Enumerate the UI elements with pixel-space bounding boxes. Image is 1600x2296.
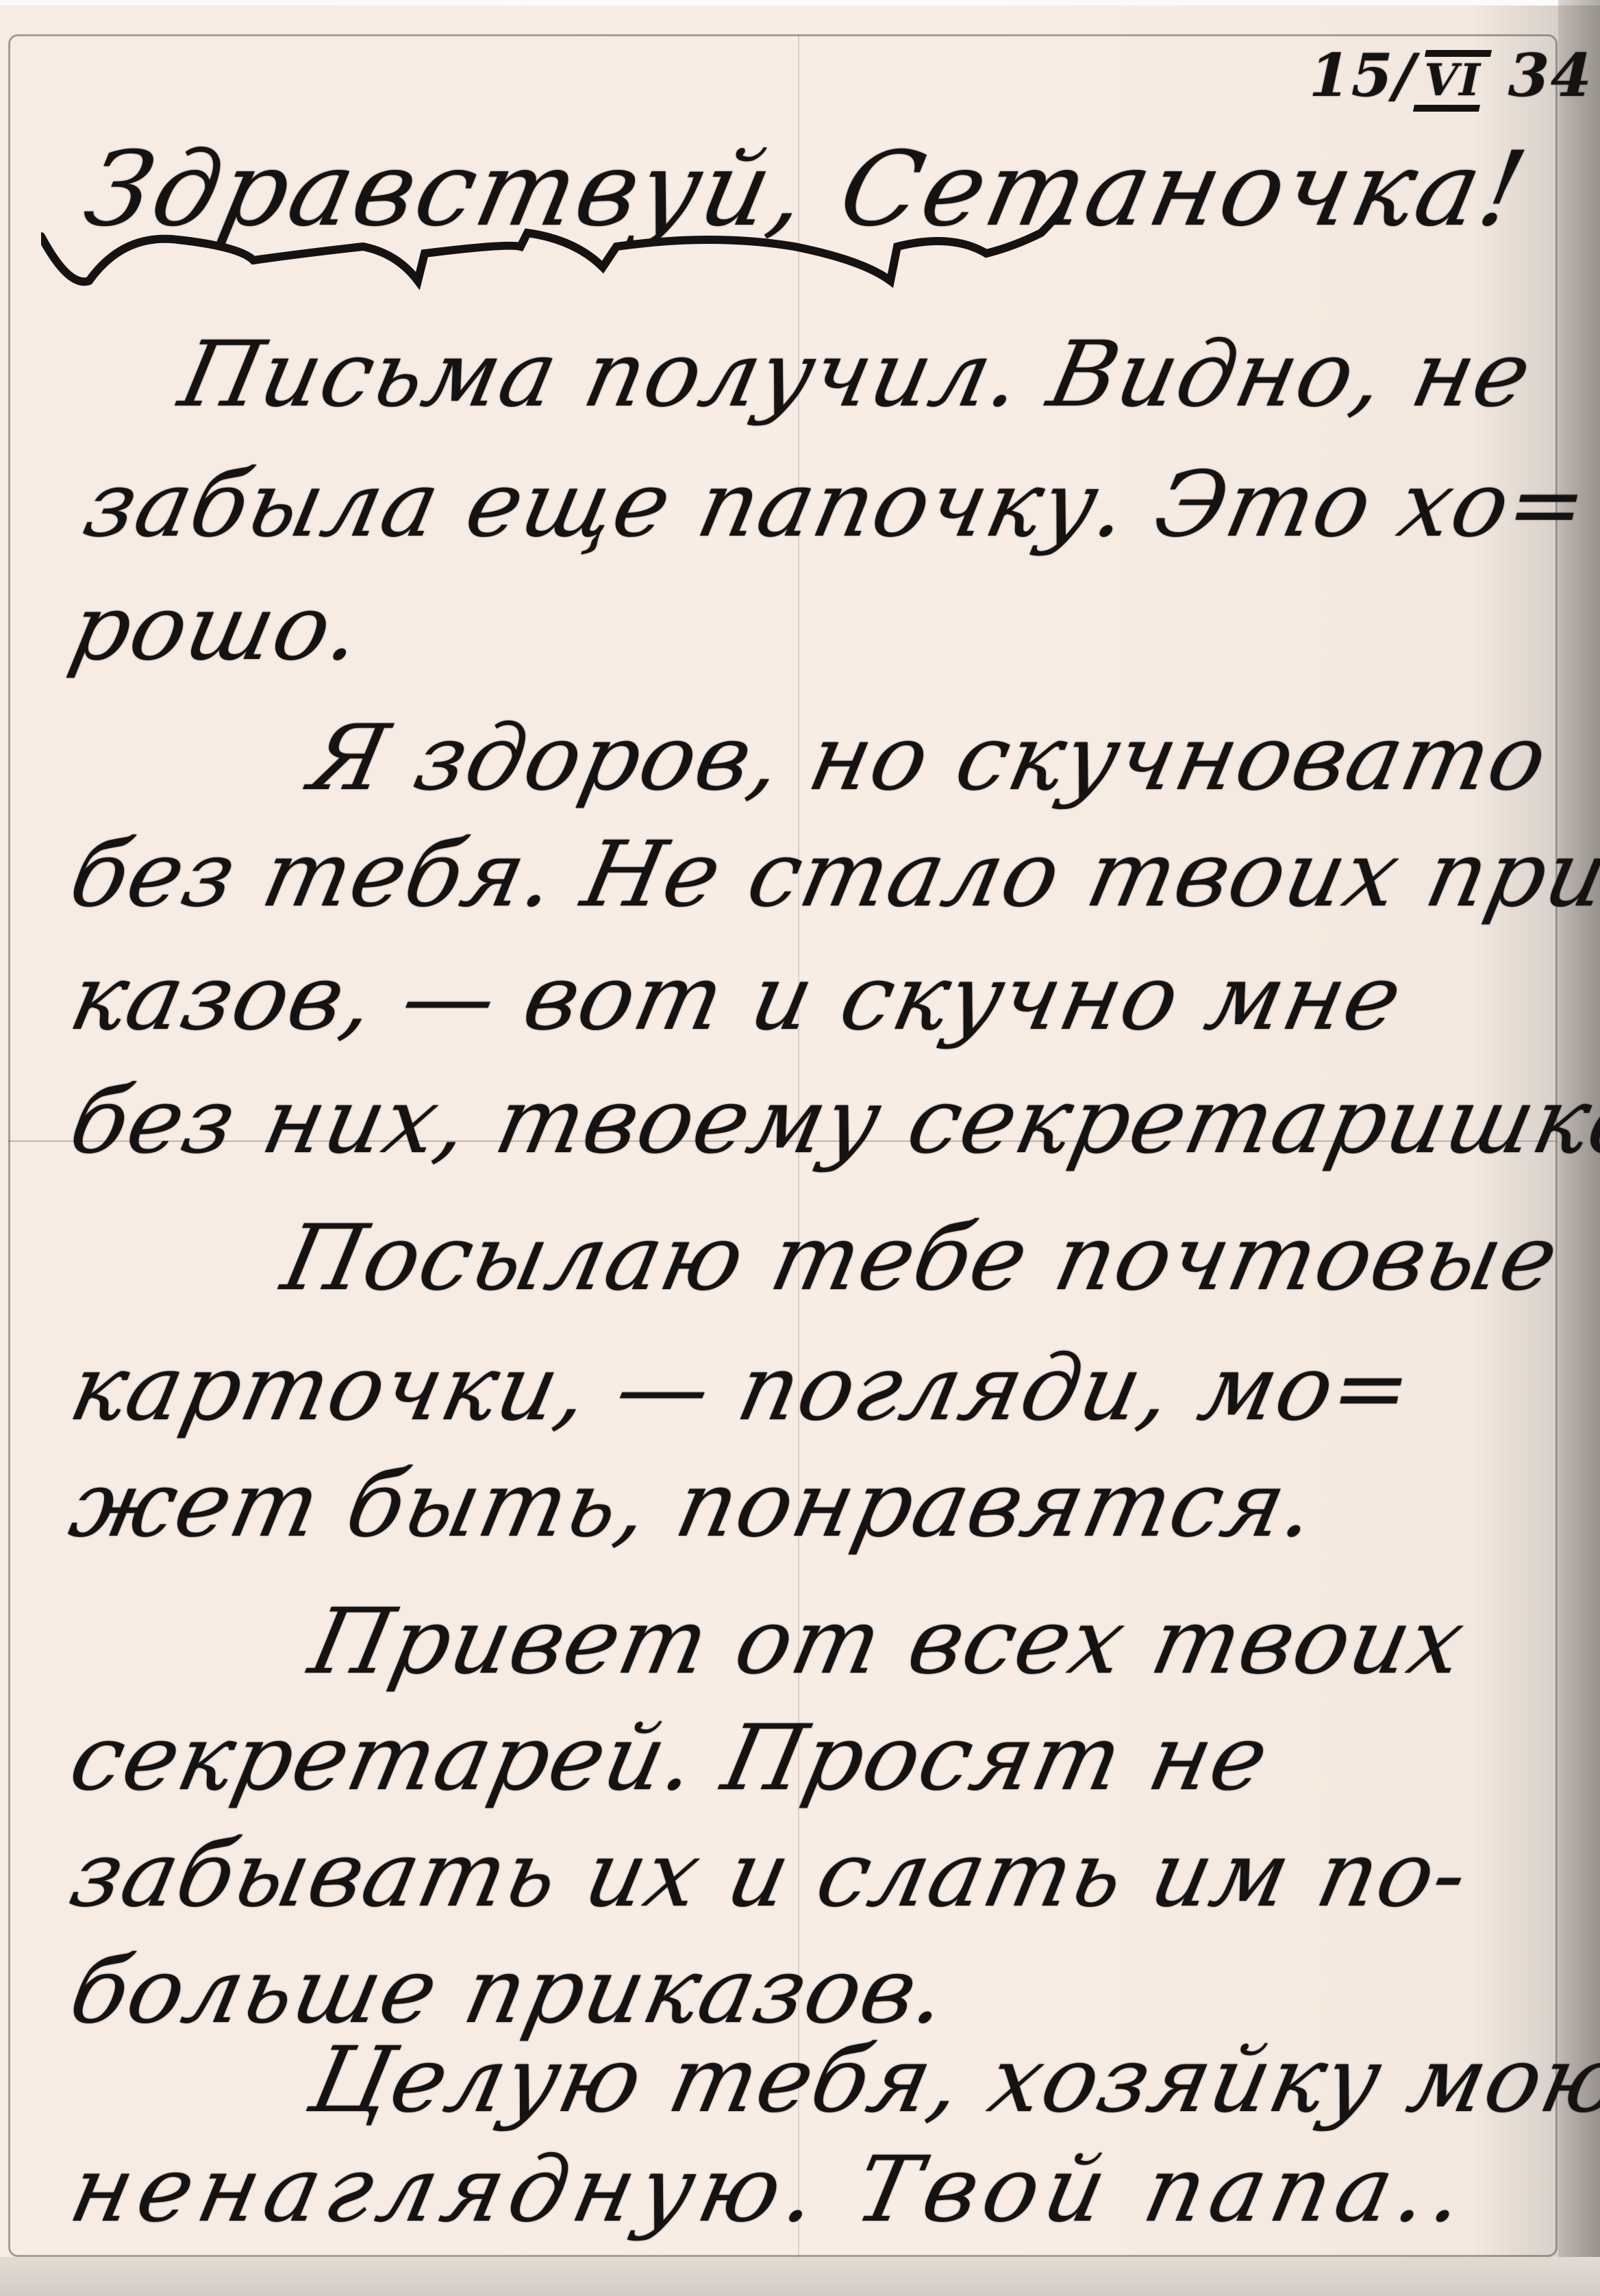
- letter-line: Посылаю тебе почтовые: [274, 1206, 1568, 1311]
- letter-line: забывать их и слать им по-: [62, 1822, 1478, 1927]
- date-year: 34: [1501, 41, 1600, 110]
- date-month: VI: [1413, 50, 1492, 112]
- greeting-underline-flourish: [41, 205, 1562, 295]
- letter-line: Привет от всех твоих: [301, 1589, 1474, 1695]
- letter-line: рошо.: [62, 575, 372, 681]
- letter-date: 15/VI 34: [1301, 41, 1600, 112]
- letter-line: Я здоров, но скучновато: [301, 706, 1558, 811]
- letter-line: без тебя. Не стало твоих при=: [62, 822, 1600, 927]
- date-day: 15: [1301, 41, 1401, 110]
- letter-line: казов, — вот и скучно мне: [62, 945, 1412, 1051]
- letter-line-signature: ненаглядную. Твой папа..: [62, 2137, 1481, 2243]
- photo-bottom-edge: [0, 2257, 1600, 2296]
- letter-line: жет быть, понравятся.: [62, 1452, 1326, 1558]
- letter-line: секретарей. Просят не: [62, 1706, 1278, 1811]
- letter-line: Письма получил. Видно, не: [171, 322, 1541, 427]
- photo-top-edge: [0, 0, 1600, 5]
- letter-line: Целую тебя, хозяйку мою: [301, 2027, 1600, 2133]
- letter-line: карточки, — погляди, мо=: [62, 1336, 1422, 1441]
- letter-line: забыла еще папочку. Это хо=: [75, 452, 1597, 558]
- letter-line: без них, твоему секретаришке: [62, 1069, 1600, 1174]
